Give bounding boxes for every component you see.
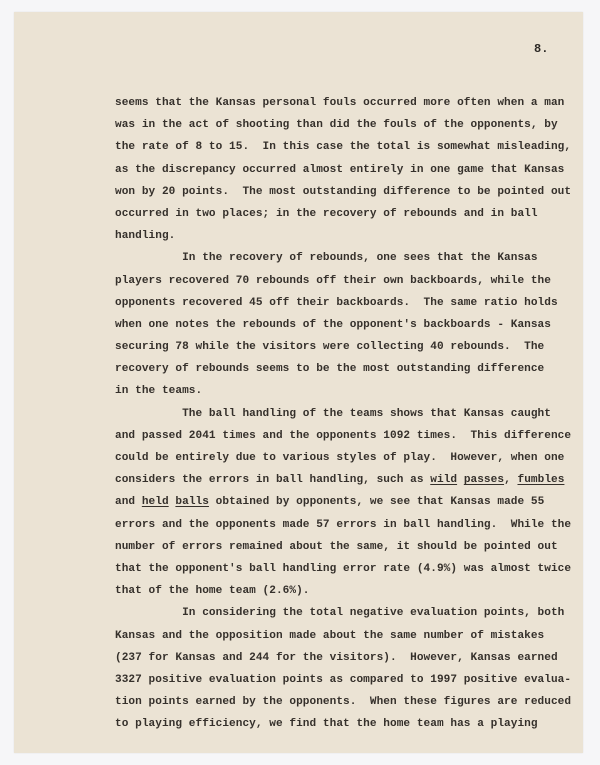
text-line: that the opponent's ball handling error …: [115, 558, 585, 580]
text-line: opponents recovered 45 off their backboa…: [115, 292, 585, 314]
text-line: that of the home team (2.6%).: [115, 580, 585, 602]
text-line: securing 78 while the visitors were coll…: [115, 336, 585, 358]
text-line: was in the act of shooting than did the …: [115, 114, 585, 136]
text-line: 3327 positive evaluation points as compa…: [115, 669, 585, 691]
text-line: in the teams.: [115, 380, 585, 402]
underlined-term: wild: [430, 474, 457, 486]
text-line: as the discrepancy occurred almost entir…: [115, 159, 585, 181]
paragraph-start-line: In the recovery of rebounds, one sees th…: [115, 247, 585, 269]
paragraph-start-line: The ball handling of the teams shows tha…: [115, 403, 585, 425]
text-line: and held balls obtained by opponents, we…: [115, 491, 585, 513]
text-span: [457, 474, 464, 486]
text-line: won by 20 points. The most outstanding d…: [115, 181, 585, 203]
text-span: considers the errors in ball handling, s…: [115, 474, 430, 486]
underlined-term: balls: [175, 496, 209, 508]
page-number: 8.: [534, 42, 548, 56]
body-text: seems that the Kansas personal fouls occ…: [115, 92, 585, 735]
text-line: Kansas and the opposition made about the…: [115, 625, 585, 647]
text-line: occurred in two places; in the recovery …: [115, 203, 585, 225]
text-line: to playing efficiency, we find that the …: [115, 713, 585, 735]
text-line: considers the errors in ball handling, s…: [115, 469, 585, 491]
paragraph-start-line: In considering the total negative evalua…: [115, 602, 585, 624]
text-line: players recovered 70 rebounds off their …: [115, 270, 585, 292]
text-line: recovery of rebounds seems to be the mos…: [115, 358, 585, 380]
text-line: (237 for Kansas and 244 for the visitors…: [115, 647, 585, 669]
text-span: ,: [504, 474, 517, 486]
text-line: could be entirely due to various styles …: [115, 447, 585, 469]
text-line: handling.: [115, 225, 585, 247]
text-line: errors and the opponents made 57 errors …: [115, 514, 585, 536]
text-line: number of errors remained about the same…: [115, 536, 585, 558]
text-span: obtained by opponents, we see that Kansa…: [209, 496, 544, 508]
underlined-term: held: [142, 496, 169, 508]
document-page: 8. seems that the Kansas personal fouls …: [14, 12, 583, 753]
underlined-term: fumbles: [517, 474, 564, 486]
text-line: seems that the Kansas personal fouls occ…: [115, 92, 585, 114]
text-span: and: [115, 496, 142, 508]
underlined-term: passes: [464, 474, 504, 486]
text-line: the rate of 8 to 15. In this case the to…: [115, 136, 585, 158]
text-line: when one notes the rebounds of the oppon…: [115, 314, 585, 336]
text-line: and passed 2041 times and the opponents …: [115, 425, 585, 447]
text-line: tion points earned by the opponents. Whe…: [115, 691, 585, 713]
